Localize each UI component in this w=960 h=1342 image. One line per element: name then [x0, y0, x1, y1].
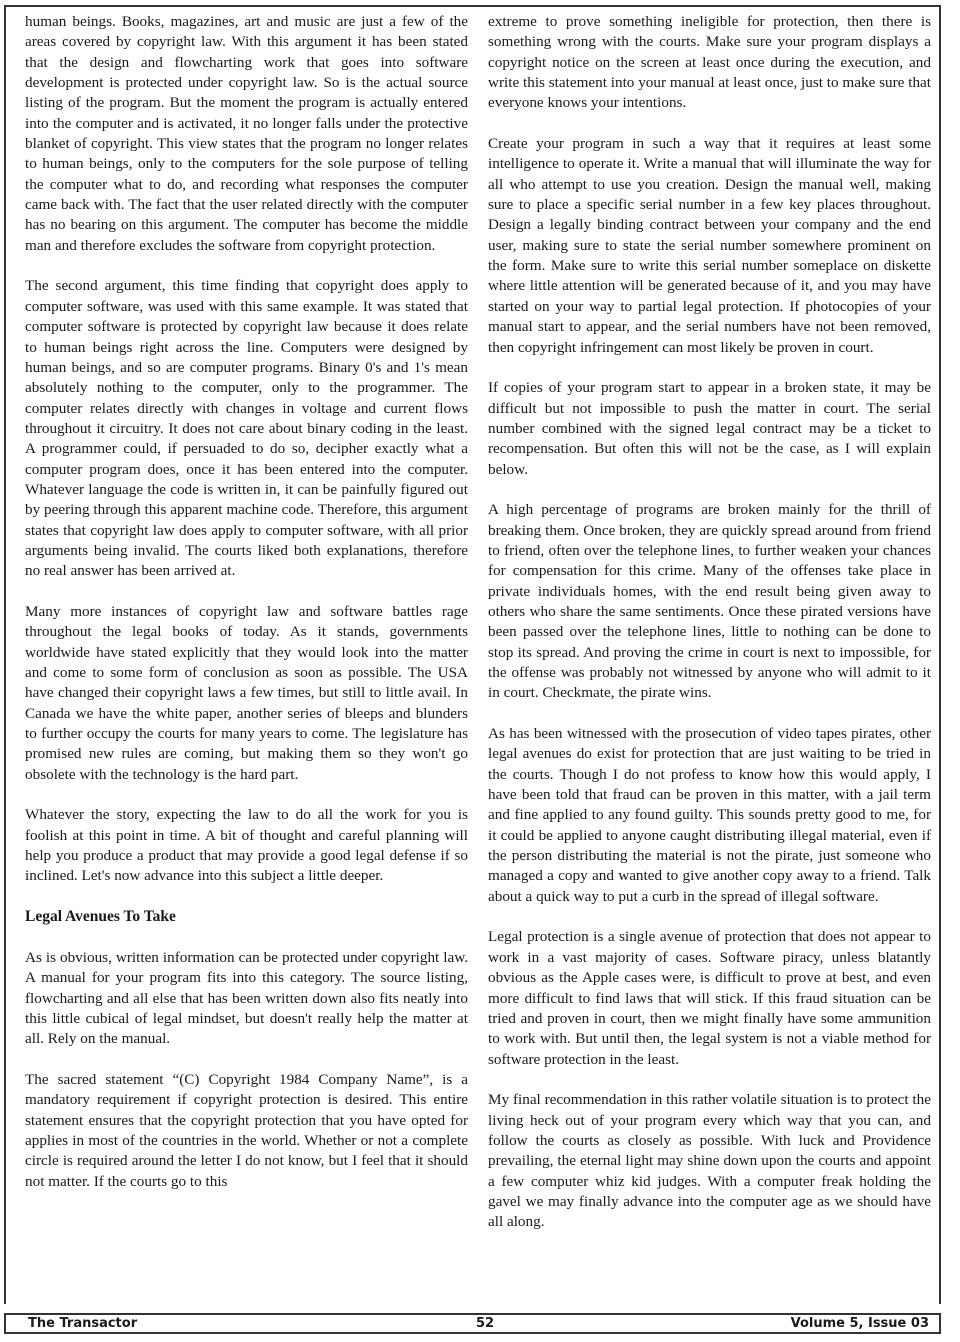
paragraph: If copies of your program start to appea…	[488, 378, 931, 480]
paragraph: Create your program in such a way that i…	[488, 134, 931, 358]
paragraph: human beings. Books, magazines, art and …	[25, 12, 468, 256]
paragraph: As has been witnessed with the prosecuti…	[488, 724, 931, 907]
page-number: 52	[476, 1316, 494, 1331]
paragraph: The second argument, this time finding t…	[25, 276, 468, 581]
paragraph: As is obvious, written information can b…	[25, 948, 468, 1050]
paragraph: The sacred statement “(C) Copyright 1984…	[25, 1070, 468, 1192]
right-column: extreme to prove something ineligible fo…	[488, 12, 931, 1253]
issue-label: Volume 5, Issue 03	[791, 1316, 929, 1331]
publication-name: The Transactor	[28, 1316, 137, 1331]
paragraph: A high percentage of programs are broken…	[488, 500, 931, 703]
paragraph: Legal protection is a single avenue of p…	[488, 927, 931, 1069]
paragraph: extreme to prove something ineligible fo…	[488, 12, 931, 114]
section-heading: Legal Avenues To Take	[25, 907, 468, 927]
page-footer: The Transactor 52 Volume 5, Issue 03	[4, 1313, 941, 1334]
paragraph: My final recommendation in this rather v…	[488, 1090, 931, 1232]
left-column: human beings. Books, magazines, art and …	[25, 12, 468, 1212]
paragraph: Whatever the story, expecting the law to…	[25, 805, 468, 886]
paragraph: Many more instances of copyright law and…	[25, 602, 468, 785]
